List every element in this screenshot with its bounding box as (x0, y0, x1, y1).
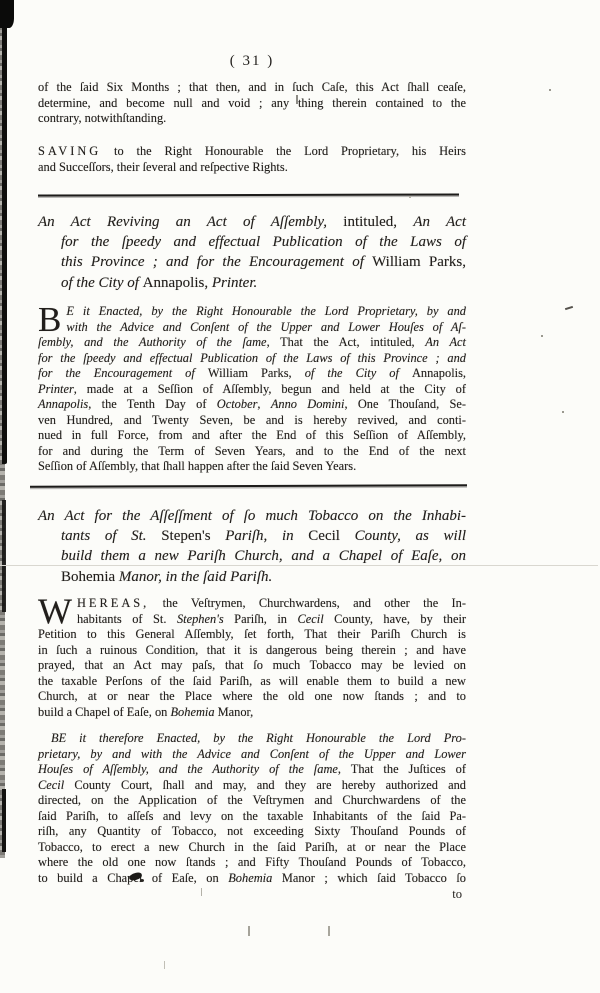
text-line: the taxable Perſons of the ſaid Pariſh, … (38, 674, 466, 690)
act-heading-reviving-publication-act: An Act Reviving an Act of Aſſembly, inti… (38, 212, 466, 293)
text-line: where the old one now ſtands ; and Fifty… (38, 855, 466, 871)
whereas-paragraph: WHEREAS, the Veſtrymen, Churchwardens, a… (38, 596, 466, 720)
text-line: for the ſpeedy and effectual Publication… (38, 351, 466, 367)
enacting-paragraph-tobacco: BE it therefore Enacted, by the Right Ho… (38, 731, 466, 886)
text-line: Church, at or near the Place where the o… (38, 689, 466, 705)
text-line: riſh, any Quantity of Tobacco, not excee… (38, 824, 466, 840)
text-line: of the City of Annapolis, Printer. (38, 273, 466, 293)
text-line: tants of St. Stepen's Pariſh, in Cecil C… (38, 526, 466, 546)
text-line: directed, on the Application of the Veſt… (38, 793, 466, 809)
scan-speck (296, 95, 298, 104)
text-line: ſaid Pariſh, to aſſeſs and levy on the t… (38, 809, 466, 825)
scan-speck (248, 926, 250, 936)
text-line: and Succeſſors, their ſeveral and reſpec… (38, 160, 466, 176)
scan-speck (164, 961, 165, 969)
text-line: with the Advice and Conſent of the Upper… (38, 320, 466, 336)
scan-corner-artifact (0, 0, 14, 28)
text-line: build a Chapel of Eaſe, on Bohemia Manor… (38, 705, 466, 721)
text-line: for and during the Term of Seven Years, … (38, 444, 466, 460)
text-line: Houſes of Aſſembly, and the Authority of… (38, 762, 466, 778)
text-line: in ſuch a ruinous Condition, that it is … (38, 643, 466, 659)
enacting-paragraph-reviving-act: BE it Enacted, by the Right Honourable t… (38, 304, 466, 475)
text-line: of the ſaid Six Months ; that then, and … (38, 80, 466, 96)
text-line: build them a new Pariſh Church, and a Ch… (38, 546, 466, 566)
text-line: ſembly, and the Authority of the ſame, T… (38, 335, 466, 351)
scanned-document-page: ( 31 ) of the ſaid Six Months ; that the… (0, 0, 600, 993)
text-line: for the Encouragement of William Parks, … (38, 366, 466, 382)
text-line: An Act for the Aſſeſſment of ſo much Tob… (38, 506, 466, 526)
text-line: habitants of St. Stephen's Pariſh, in Ce… (38, 612, 466, 628)
section-rule-2 (30, 484, 467, 488)
text-line: prietary, by and with the Advice and Con… (38, 747, 466, 763)
saving-clause: SAVING to the Right Honourable the Lord … (38, 144, 466, 175)
scan-edge-dark-band-3 (2, 789, 6, 852)
section-rule-1 (38, 193, 459, 196)
text-line: An Act Reviving an Act of Aſſembly, inti… (38, 212, 466, 232)
scan-speck (328, 926, 330, 936)
scan-speck (201, 888, 202, 896)
text-line: Seſſion of Aſſembly, that ſhall happen a… (38, 459, 466, 475)
text-line: nued in full Force, from and after the E… (38, 428, 466, 444)
text-line: BE it therefore Enacted, by the Right Ho… (38, 731, 466, 747)
scan-edge-dark-band (2, 0, 7, 464)
text-line: Printer, made at a Seſſion of Aſſembly, … (38, 382, 466, 398)
scan-speck (549, 89, 551, 91)
scan-edge-dark-band-2 (2, 500, 6, 612)
drop-cap: W (38, 597, 72, 627)
text-line: E it Enacted, by the Right Honourable th… (38, 304, 466, 320)
scan-faint-line-artifact (0, 565, 598, 566)
text-line: prayed, that an Act may paſs, that ſo mu… (38, 658, 466, 674)
text-line: Tobacco, to erect a new Church in the ſa… (38, 840, 466, 856)
ink-blot-small (140, 879, 144, 882)
text-line: Bohemia Manor, in the ſaid Pariſh. (38, 567, 466, 587)
text-line: Cecil County Court, ſhall and may, and t… (38, 778, 466, 794)
text-line: HEREAS, the Veſtrymen, Churchwardens, an… (38, 596, 466, 612)
text-line: Annapolis, the Tenth Day of October, Ann… (38, 397, 466, 413)
scan-speck (409, 196, 411, 198)
paragraph-act-continuation: of the ſaid Six Months ; that then, and … (38, 80, 466, 127)
page-number: ( 31 ) (38, 53, 466, 70)
act-heading-tobacco-assessment: An Act for the Aſſeſſment of ſo much Tob… (38, 506, 466, 587)
text-line: Petition to this General Aſſembly, ſet f… (38, 627, 466, 643)
text-line: this Province ; and for the Encouragemen… (38, 252, 466, 272)
scan-speck (562, 411, 564, 413)
text-line: for the ſpeedy and effectual Publication… (38, 232, 466, 252)
text-line: ven Hundred, and Twenty Seven, be and is… (38, 413, 466, 429)
text-line: SAVING to the Right Honourable the Lord … (38, 144, 466, 160)
scan-speck (541, 335, 543, 337)
text-line: determine, and become null and void ; an… (38, 96, 466, 112)
catchword: to (38, 887, 462, 902)
text-line: to build a Chapel of Eaſe, on Bohemia Ma… (38, 871, 466, 887)
scan-speck (565, 306, 573, 310)
text-line: contrary, notwithſtanding. (38, 111, 466, 127)
drop-cap: B (38, 305, 61, 335)
